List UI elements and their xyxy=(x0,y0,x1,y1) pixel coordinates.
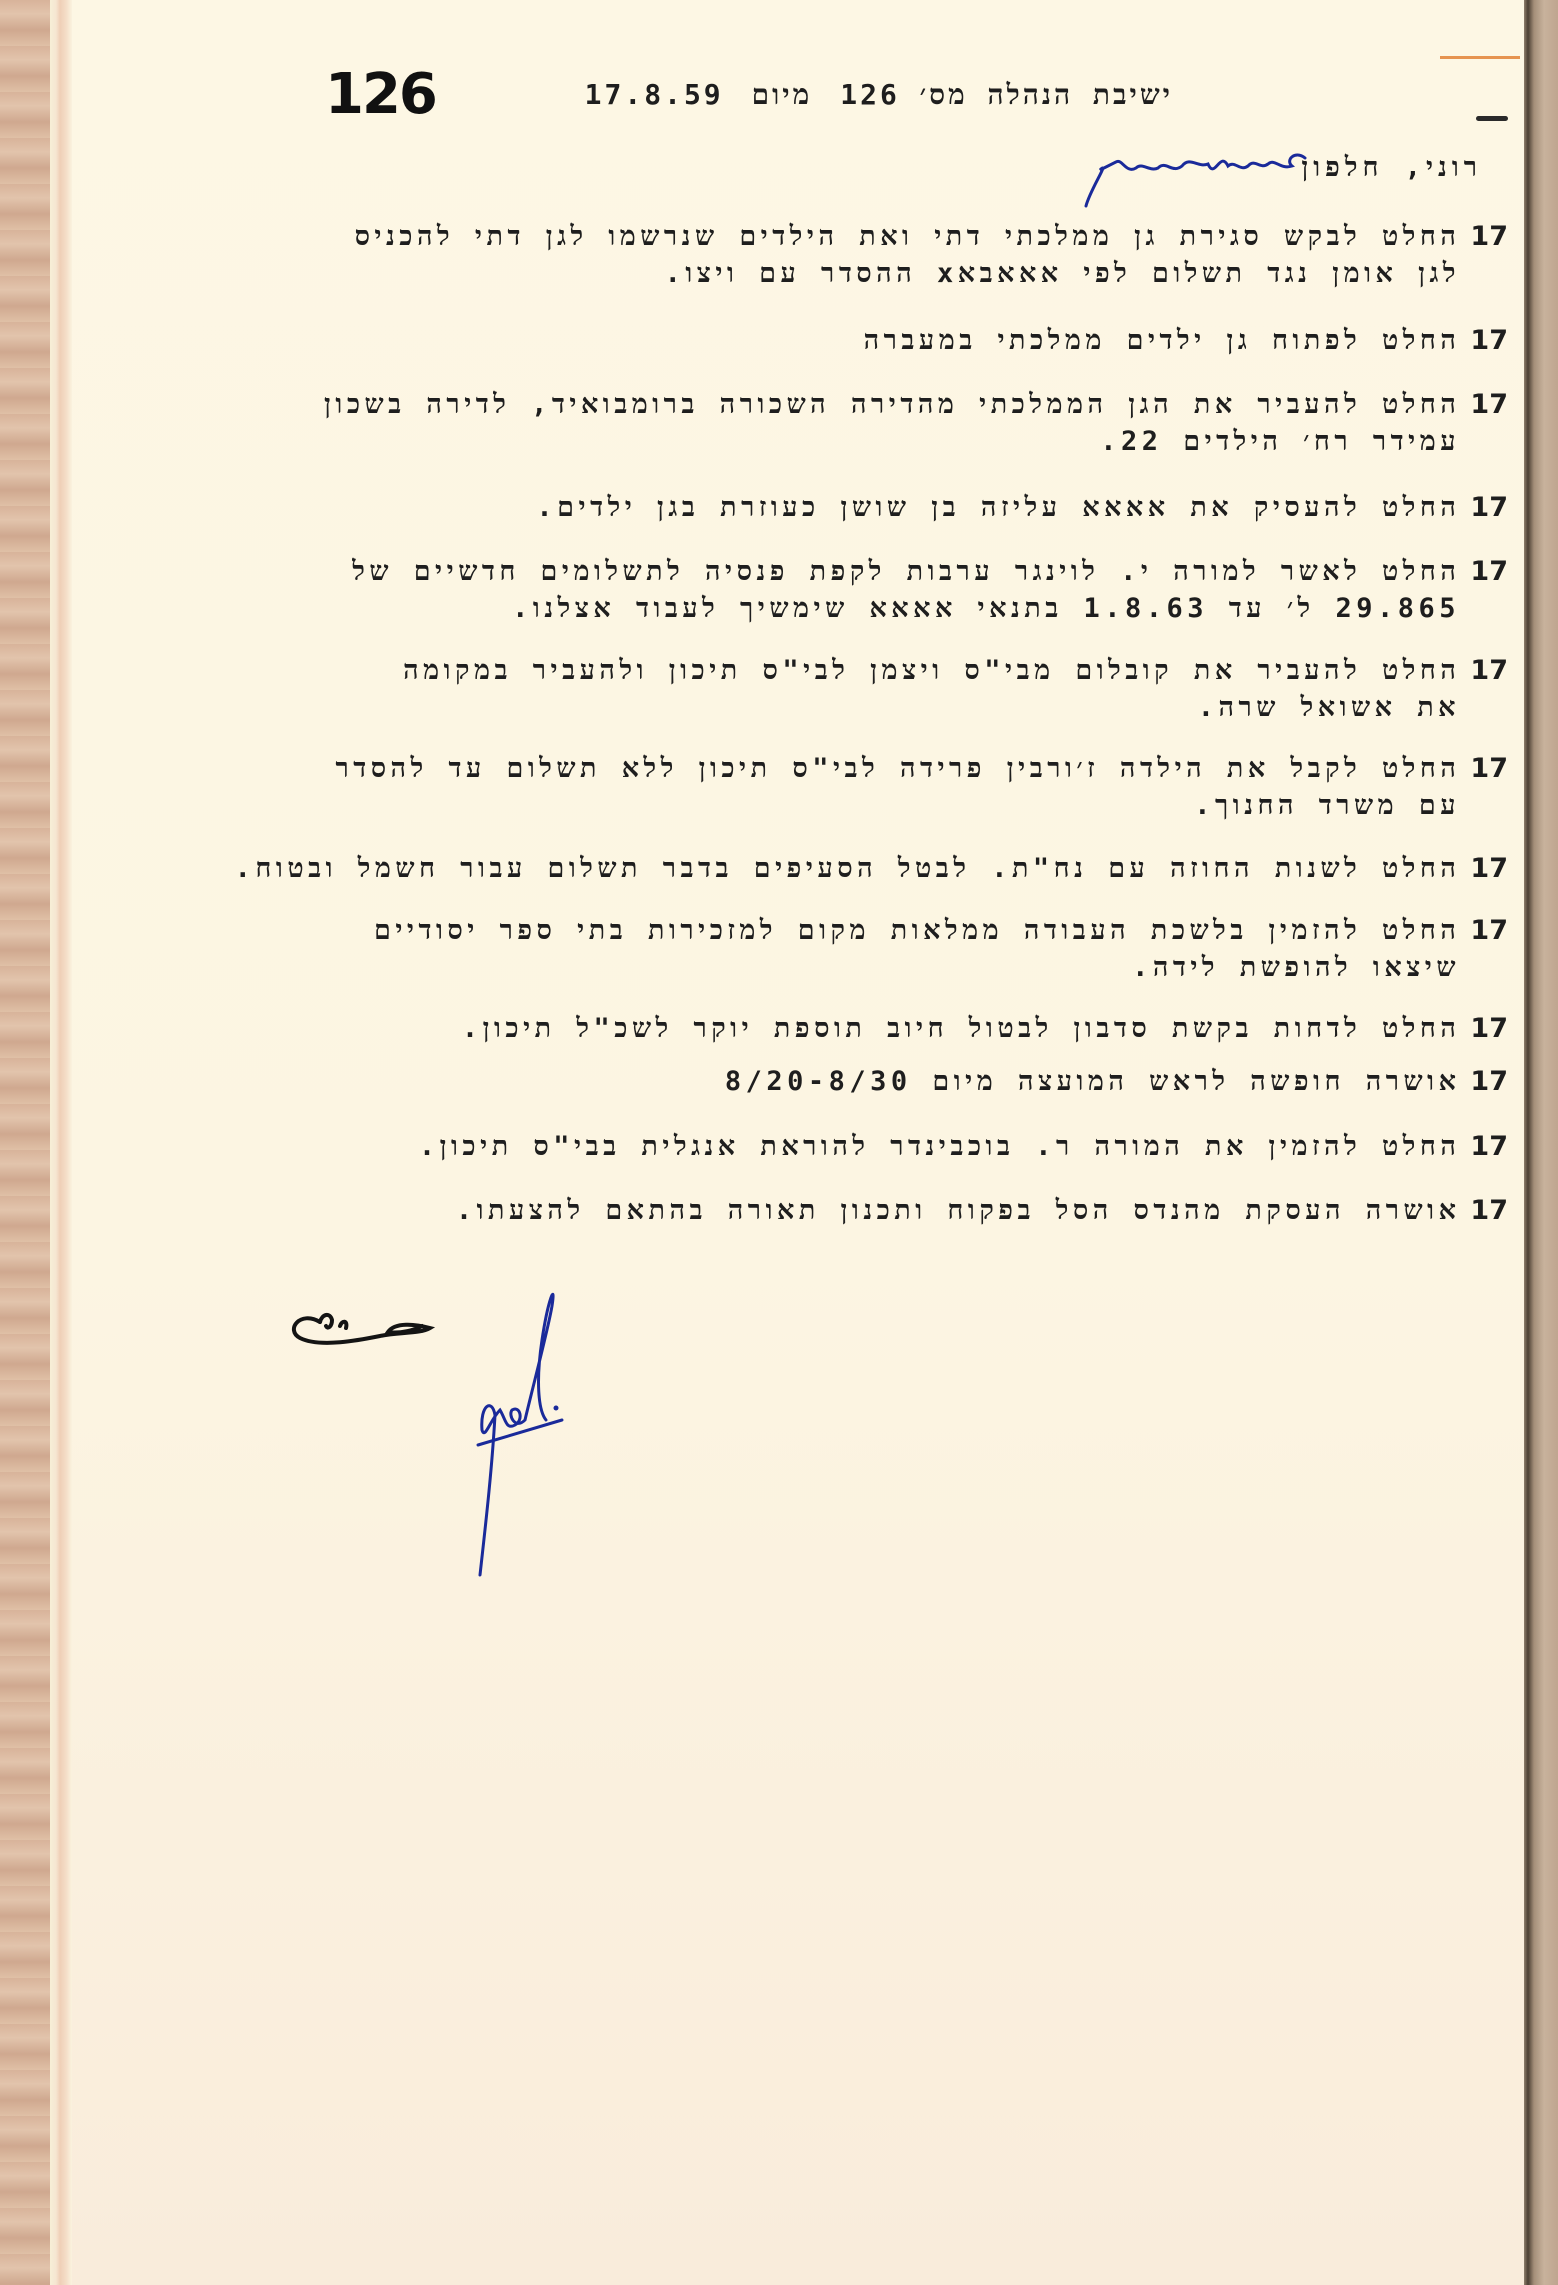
item-number: 17 xyxy=(1470,912,1508,949)
item-number: 17 xyxy=(1470,850,1508,887)
item-number: 17 xyxy=(1470,652,1508,689)
decision-item: 17החלט להעביר את קובלום מבי"ס ויצמן לבי"… xyxy=(403,652,1508,726)
decision-item: 17אושרה חופשה לראש המועצה מיום 8/20-8/30 xyxy=(725,1063,1508,1100)
decision-item: 17החלט להעסיק את אאאא עליזה בן שושן כעוז… xyxy=(536,489,1508,526)
signatures xyxy=(280,1270,760,1580)
item-number: 17 xyxy=(1470,322,1508,359)
decision-item: 17החלט לבקש סגירת גן ממלכתי דתי ואת הילד… xyxy=(355,218,1508,292)
item-number: 17 xyxy=(1470,386,1508,423)
item-number: 17 xyxy=(1470,218,1508,255)
decision-item: 17החלט להעביר את הגן הממלכתי מהדירה השכו… xyxy=(324,386,1508,460)
item-number: 17 xyxy=(1470,1010,1508,1047)
signature-1 xyxy=(294,1315,430,1343)
decision-item: 17החלט לאשר למורה י. לוינגר ערבות לקפת פ… xyxy=(352,553,1508,627)
signature-2 xyxy=(478,1294,562,1575)
decisions-list: 17החלט לבקש סגירת גן ממלכתי דתי ואת הילד… xyxy=(0,0,1558,2285)
decision-item: 17החלט לשנות החוזה עם נח"ת. לבטל הסעיפים… xyxy=(235,850,1508,887)
decision-item: 17החלט להזמין את המורה ר. בוכבינדר להורא… xyxy=(419,1128,1508,1165)
item-number: 17 xyxy=(1470,1063,1508,1100)
item-number: 17 xyxy=(1470,489,1508,526)
decision-item: 17החלט לקבל את הילדה ז׳ורבין פרידה לבי"ס… xyxy=(335,750,1508,824)
item-number: 17 xyxy=(1470,553,1508,590)
item-number: 17 xyxy=(1470,1192,1508,1229)
decision-item: 17החלט לדחות בקשת סדבון לבטול חיוב תוספת… xyxy=(462,1010,1508,1047)
item-number: 17 xyxy=(1470,1128,1508,1165)
decision-item: 17החלט לפתוח גן ילדים ממלכתי במעברה xyxy=(864,322,1508,359)
decision-item: 17החלט להזמין בלשכת העבודה ממלאות מקום ל… xyxy=(374,912,1508,986)
item-number: 17 xyxy=(1470,750,1508,787)
decision-item: 17אושרה העסקת מהנדס הסל בפקוח ותכנון תאו… xyxy=(456,1192,1508,1229)
